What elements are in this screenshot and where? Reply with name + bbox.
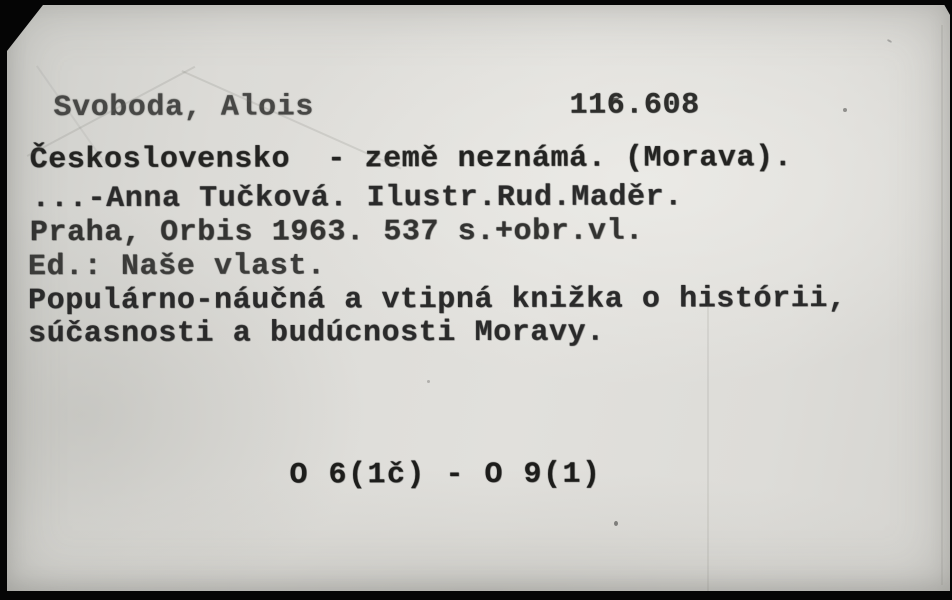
annotation-line-2: súčasnosti a budúcnosti Moravy. xyxy=(28,318,605,350)
call-number: O 6(1č) - O 9(1) xyxy=(289,460,601,491)
catalog-card: Svoboda, Alois 116.608 Československo - … xyxy=(7,5,950,591)
scan-background: Svoboda, Alois 116.608 Československo - … xyxy=(0,0,952,600)
imprint-line: Praha, Orbis 1963. 537 s.+obr.vl. xyxy=(30,217,644,249)
edition-line: Ed.: Naše vlast. xyxy=(28,251,326,282)
author-heading: Svoboda, Alois xyxy=(53,92,314,123)
title-line: Československo - země neznámá. (Morava). xyxy=(30,143,793,175)
annotation-line-1: Populárno-náučná a vtipná knižka o histó… xyxy=(28,284,847,316)
typewritten-text-layer: Svoboda, Alois 116.608 Československo - … xyxy=(6,4,951,592)
accession-number: 116.608 xyxy=(569,90,699,120)
responsibility-line: ...-Anna Tučková. Ilustr.Rud.Maděr. xyxy=(32,182,683,214)
